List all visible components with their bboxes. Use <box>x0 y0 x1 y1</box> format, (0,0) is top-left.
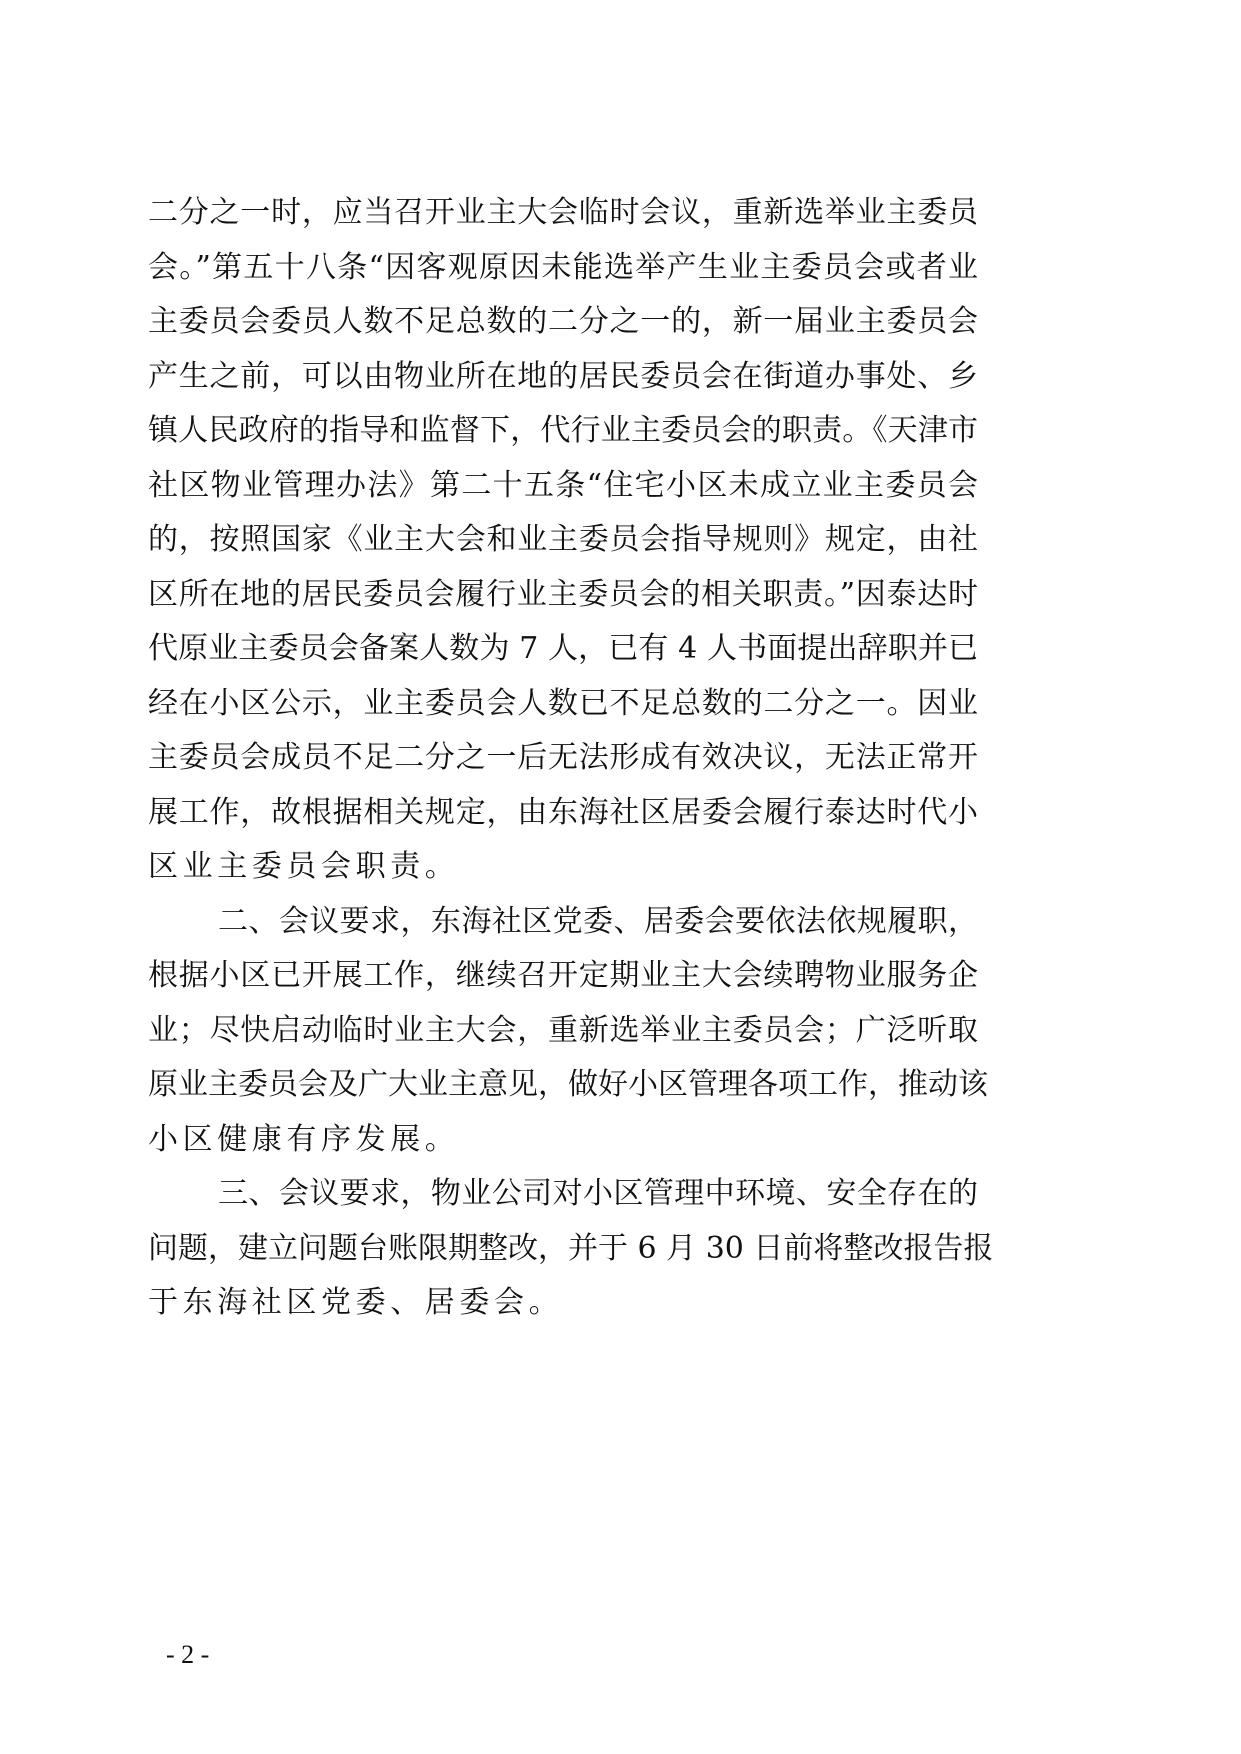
text-line: 业；尽快启动临时业主大会，重新选举业主委员会；广泛听取 <box>148 1004 978 1059</box>
page-number: - 2 - <box>166 1640 209 1670</box>
text-line: 小区健康有序发展。 <box>148 1113 978 1168</box>
document-page: 二分之一时，应当召开业主大会临时会议，重新选举业主委员 会。”第五十八条“因客观… <box>0 0 1241 1754</box>
paragraph-legal-basis: 二分之一时，应当召开业主大会临时会议，重新选举业主委员 会。”第五十八条“因客观… <box>148 186 978 895</box>
text-line: 区所在地的居民委员会履行业主委员会的相关职责。”因泰达时 <box>148 568 978 623</box>
text-line: 三、会议要求，物业公司对小区管理中环境、安全存在的 <box>148 1167 978 1222</box>
text-line: 主委员会成员不足二分之一后无法形成有效决议，无法正常开 <box>148 731 978 786</box>
text-line: 产生之前，可以由物业所在地的居民委员会在街道办事处、乡 <box>148 350 978 405</box>
text-line: 二、会议要求，东海社区党委、居委会要依法依规履职， <box>148 895 978 950</box>
document-body: 二分之一时，应当召开业主大会临时会议，重新选举业主委员 会。”第五十八条“因客观… <box>148 186 978 1331</box>
text-line: 二分之一时，应当召开业主大会临时会议，重新选举业主委员 <box>148 186 978 241</box>
text-line: 主委员会委员人数不足总数的二分之一的，新一届业主委员会 <box>148 295 978 350</box>
text-line: 镇人民政府的指导和监督下，代行业主委员会的职责。《天津市 <box>148 404 978 459</box>
paragraph-item-two: 二、会议要求，东海社区党委、居委会要依法依规履职， 根据小区已开展工作，继续召开… <box>148 895 978 1168</box>
text-line: 展工作，故根据相关规定，由东海社区居委会履行泰达时代小 <box>148 786 978 841</box>
text-line: 区业主委员会职责。 <box>148 840 978 895</box>
text-line: 问题，建立问题台账限期整改，并于 6 月 30 日前将整改报告报 <box>148 1222 978 1277</box>
text-line: 代原业主委员会备案人数为 7 人，已有 4 人书面提出辞职并已 <box>148 622 978 677</box>
text-line: 根据小区已开展工作，继续召开定期业主大会续聘物业服务企 <box>148 949 978 1004</box>
text-line: 的，按照国家《业主大会和业主委员会指导规则》规定，由社 <box>148 513 978 568</box>
paragraph-item-three: 三、会议要求，物业公司对小区管理中环境、安全存在的 问题，建立问题台账限期整改，… <box>148 1167 978 1331</box>
text-line: 会。”第五十八条“因客观原因未能选举产生业主委员会或者业 <box>148 241 978 296</box>
text-line: 社区物业管理办法》第二十五条“住宅小区未成立业主委员会 <box>148 459 978 514</box>
text-line: 原业主委员会及广大业主意见，做好小区管理各项工作，推动该 <box>148 1058 978 1113</box>
text-line: 经在小区公示，业主委员会人数已不足总数的二分之一。因业 <box>148 677 978 732</box>
text-line: 于东海社区党委、居委会。 <box>148 1276 978 1331</box>
